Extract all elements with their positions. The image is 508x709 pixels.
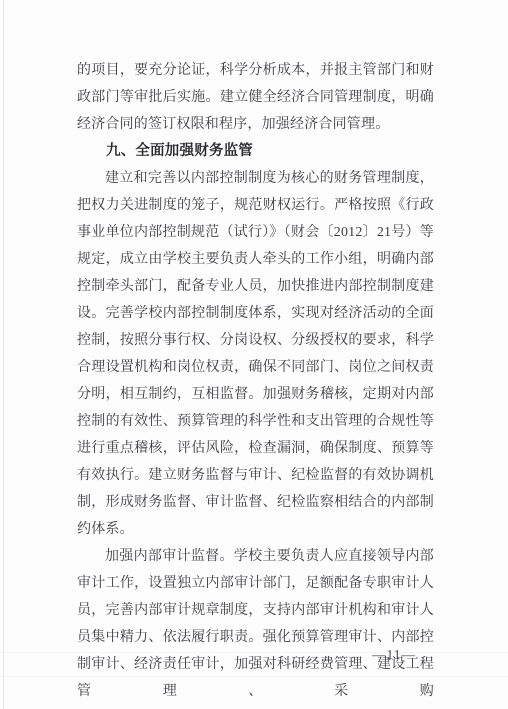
- paragraph-audit-supervision: 加强内部审计监督。学校主要负责人应直接领导内部审计工作，设置独立内部审计部门，足…: [77, 543, 434, 705]
- document-content: 的项目，要充分论证，科学分析成本，并报主管部门和财政部门等审批后实施。建立健全经…: [77, 57, 434, 705]
- scanned-page-edge: [3, 0, 4, 709]
- section-heading: 九、全面加强财务监管: [77, 138, 434, 165]
- paragraph-contract-management: 的项目，要充分论证，科学分析成本，并报主管部门和财政部门等审批后实施。建立健全经…: [77, 57, 434, 138]
- page-number: —11—: [372, 646, 416, 664]
- paragraph-internal-control: 建立和完善以内部控制制度为核心的财务管理制度，把权力关进制度的笼子，规范财权运行…: [77, 165, 434, 543]
